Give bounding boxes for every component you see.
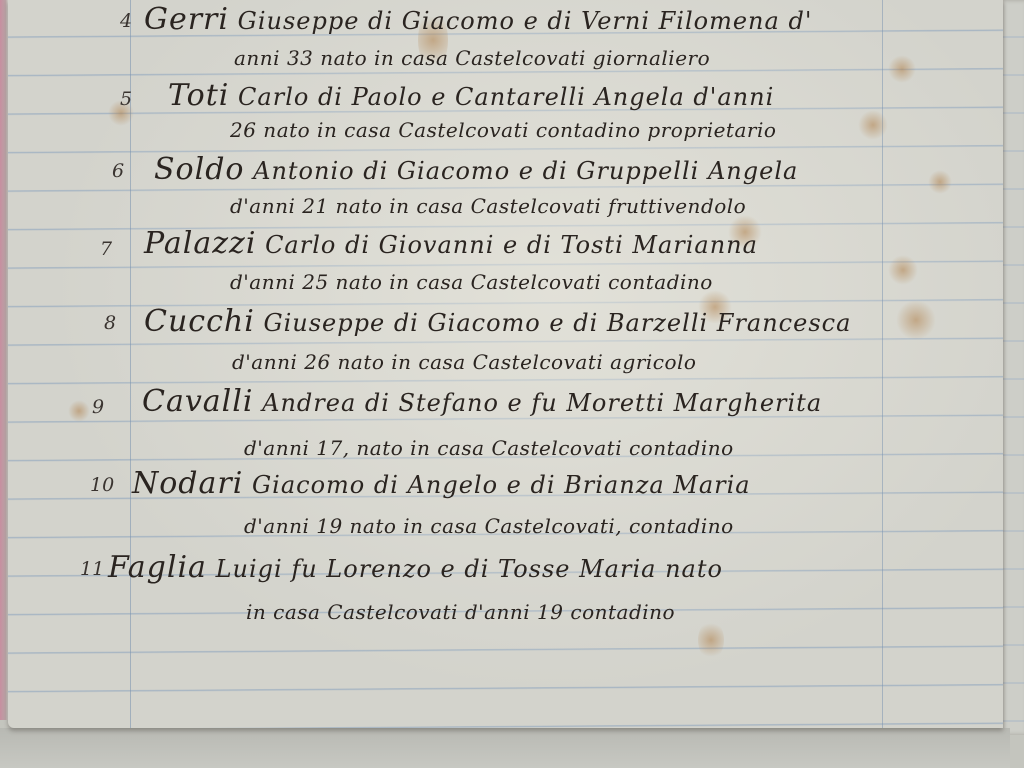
entry-surname: Soldo [154, 152, 244, 187]
entry-text: Antonio di Giacomo e di Gruppelli Angela [253, 157, 798, 185]
stain [928, 170, 952, 194]
stain [896, 300, 936, 340]
entry-line-1: Cavalli Andrea di Stefano e fu Moretti M… [142, 384, 822, 419]
entry-surname: Gerri [144, 2, 229, 37]
document-photo: 4 Gerri Giuseppe di Giacomo e di Verni F… [0, 0, 1024, 768]
entry-number: 8 [104, 312, 116, 334]
entry-number: 11 [80, 558, 104, 580]
entry-number: 6 [112, 160, 124, 182]
entry-line-2: d'anni 25 nato in casa Castelcovati cont… [230, 270, 713, 294]
entry-text: Carlo di Giovanni e di Tosti Marianna [265, 231, 758, 259]
entry-line-2: d'anni 26 nato in casa Castelcovati agri… [232, 350, 696, 374]
entry-surname: Cavalli [142, 384, 253, 419]
entry-surname: Cucchi [144, 304, 255, 339]
lower-page-edge [0, 728, 1010, 768]
entry-text: Giuseppe di Giacomo e di Barzelli France… [263, 309, 851, 337]
entry-surname: Toti [168, 78, 229, 113]
entry-text: Carlo di Paolo e Cantarelli Angela d'ann… [238, 83, 774, 111]
stain [698, 620, 724, 660]
facing-page-edge [1000, 0, 1024, 735]
book-spine-edge [0, 0, 8, 720]
entry-text: Giacomo di Angelo e di Brianza Maria [252, 471, 751, 499]
entry-number: 5 [120, 88, 132, 110]
entry-line-1: Toti Carlo di Paolo e Cantarelli Angela … [168, 78, 774, 113]
stain [68, 400, 90, 422]
stain [888, 55, 916, 83]
entry-text: Giuseppe di Giacomo e di Verni Filomena … [238, 7, 813, 35]
entry-line-1: Soldo Antonio di Giacomo e di Gruppelli … [154, 152, 798, 187]
entry-text: Luigi fu Lorenzo e di Tosse Maria nato [216, 555, 723, 583]
entry-number: 4 [120, 10, 132, 32]
entry-line-1: Cucchi Giuseppe di Giacomo e di Barzelli… [144, 304, 851, 339]
right-margin-rule [882, 0, 883, 728]
entry-surname: Nodari [132, 466, 243, 501]
register-page: 4 Gerri Giuseppe di Giacomo e di Verni F… [8, 0, 1003, 728]
entry-line-1: Gerri Giuseppe di Giacomo e di Verni Fil… [144, 2, 812, 37]
entry-number: 10 [90, 474, 114, 496]
stain [888, 255, 918, 285]
entry-line-2: d'anni 17, nato in casa Castelcovati con… [244, 436, 734, 460]
entry-line-1: Nodari Giacomo di Angelo e di Brianza Ma… [132, 466, 751, 501]
entry-line-1: Faglia Luigi fu Lorenzo e di Tosse Maria… [108, 550, 723, 585]
entry-line-2: 26 nato in casa Castelcovati contadino p… [230, 118, 776, 142]
entry-surname: Palazzi [144, 226, 256, 261]
entry-line-1: Palazzi Carlo di Giovanni e di Tosti Mar… [144, 226, 758, 261]
entry-line-2: anni 33 nato in casa Castelcovati giorna… [234, 46, 710, 70]
entry-line-2: d'anni 19 nato in casa Castelcovati, con… [244, 514, 734, 538]
entry-line-2: in casa Castelcovati d'anni 19 contadino [246, 600, 675, 624]
entry-number: 9 [92, 396, 104, 418]
entry-number: 7 [100, 238, 112, 260]
entry-line-2: d'anni 21 nato in casa Castelcovati frut… [230, 194, 746, 218]
entry-text: Andrea di Stefano e fu Moretti Margherit… [262, 389, 822, 417]
stain [858, 110, 888, 140]
entry-surname: Faglia [108, 550, 207, 585]
